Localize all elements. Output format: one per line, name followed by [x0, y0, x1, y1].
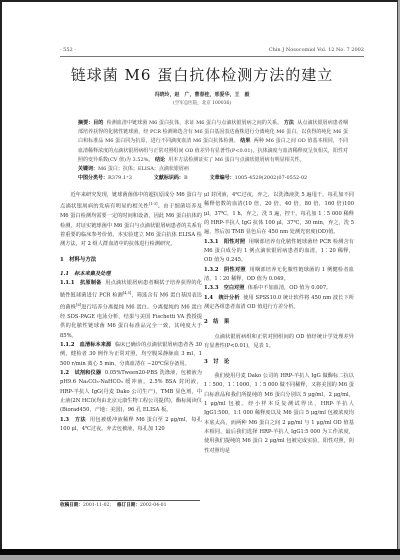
section-heading-discussion: 3 讨 论	[204, 358, 354, 367]
authors: 冯晓玲，赵 广，曹春桂，邢爱华，王 毅	[2, 91, 400, 98]
page-bottom-shadow	[0, 549, 400, 555]
paragraph-1-1-1: 1.1.1 抗原制备 用点滴状银屑病患者咽拭子培养获得的化脓性链球菌进行 PCR…	[60, 279, 202, 341]
document-page: · 552 · Chin J Nosocomiol Vol. 12 No. 7 …	[0, 0, 398, 551]
keywords-line: 关键词：M6 蛋白；抗体；ELISA；点滴状银屑病	[78, 165, 348, 174]
revised-date: 2002-04-01	[140, 503, 167, 508]
paragraph-1-3-continued: μl 封闭液，4℃过夜，弃之，以洗涤液洗 5 遍甩干。每孔加不同稀释倍数的血清(…	[204, 191, 354, 238]
paragraph-1-2: 1.2 试剂和仪器 0.05%Tween20-PBS 洗涤液，包被液为 pH9.…	[60, 369, 202, 416]
intro-paragraph: 近年来研究发现，链球菌菌体中的超抗原成分 M6 蛋白与点滴状银屑病的发病有明显的…	[60, 191, 202, 250]
left-column: 近年来研究发现，链球菌菌体中的超抗原成分 M6 蛋白与点滴状银屑病的发病有明显的…	[60, 191, 202, 434]
method-label: 方法	[284, 120, 294, 126]
paragraph-1-3-3: 1.3.3 空白对照 体系中不加血清，OD 值为 0.007。	[204, 284, 354, 293]
keywords-value: M6 蛋白；抗体；ELISA；点滴状银屑病	[98, 166, 189, 172]
right-column: μl 封闭液，4℃过夜，弃之，以洗涤液洗 5 遍甩干。每孔加不同稀释倍数的血清(…	[204, 191, 354, 456]
article-no-label: 文章编号：	[210, 175, 235, 181]
discussion-paragraph: 我们使用丹麦 Dako 公司的 HRP-羊抗人 IgG 做酶标二抗以 1∶500…	[204, 372, 354, 456]
page-number: · 552 ·	[60, 47, 76, 53]
footnote-rule	[60, 500, 200, 501]
article-no-value: 1005-4529(2002)07-0552-02	[235, 175, 308, 181]
section-heading-results: 2 结 果	[204, 318, 354, 327]
doc-code-value: B	[184, 175, 188, 181]
results-paragraph: 点滴状银屑病组和正常对照组间的 OD 值经统计学处理差异有显著性(P<0.01)…	[204, 333, 354, 352]
clc-value: R379.1⁺3	[108, 175, 132, 181]
abstract-conclusion: 用本方法检测证实了 M6 蛋白与点滴状银屑病有明显相关性。	[168, 157, 304, 163]
revised-label: 修订日期：	[117, 503, 140, 508]
article-title: 链球菌 M6 蛋白抗体检测方法的建立	[2, 64, 400, 85]
abstract-label: 摘要：	[78, 120, 93, 126]
received-label: 收稿日期：	[60, 503, 83, 508]
keywords-label: 关键词：	[78, 166, 98, 172]
section-heading-methods: 1 材料与方法	[60, 256, 202, 265]
clc-label: 中图分类号：	[78, 175, 108, 181]
abstract: 摘要：目的 检测血清中链球菌 M6 蛋白抗体，求证 M6 蛋白与点滴状银屑病之间…	[78, 119, 348, 183]
objective-label: 目的	[93, 120, 103, 126]
paragraph-1-4: 1.4 统计分析 使用 SPSS10.0 统计软件将 450 nm 波长下所测定…	[204, 294, 354, 313]
running-head: · 552 · Chin J Nosocomiol Vol. 12 No. 7 …	[60, 47, 364, 53]
doc-code-label: 文献标识码：	[154, 175, 184, 181]
affiliation: (空军总医院，北京 100036)	[2, 100, 400, 106]
subsection-heading: 1.1 标本来集及处理	[60, 270, 202, 279]
result-label: 结果	[240, 138, 250, 144]
paragraph-1-1-2: 1.1.2 血清标本来源 临床已确诊的点滴状银屑病患者各 30 例，健检者 30…	[60, 341, 202, 369]
abstract-objective: 检测血清中链球菌 M6 蛋白抗体，求证 M6 蛋白与点滴状银屑病之间的关系。	[107, 120, 282, 126]
journal-citation: Chin J Nosocomiol Vol. 12 No. 7 2002	[269, 47, 364, 53]
paragraph-1-3-2: 1.3.2 阴性对照 用咽部培养无化脓性链球菌的 1 例健检者血清，1∶20 稀…	[204, 266, 354, 285]
received-date: 2001-11-02	[83, 503, 110, 508]
paragraph-1-3: 1.3 方法 用包被缓冲液稀释 M6 蛋白至 2 μg/ml，每孔 100 μl…	[60, 416, 202, 435]
header-rule	[60, 56, 364, 57]
footnote-dates: 收稿日期：2001-11-02； 修订日期：2002-04-01	[60, 502, 210, 508]
citation: [4,5]	[123, 291, 131, 295]
paragraph-1-3-1: 1.3.1 阳性对照 用咽部培养有化脓性链球菌经 PCR 检测含有 M6 蛋白成…	[204, 238, 354, 266]
conclusion-label: 结论	[155, 157, 165, 163]
classification-line: 中图分类号：R379.1⁺3文献标识码：B文章编号：1005-4529(2002…	[78, 174, 348, 183]
